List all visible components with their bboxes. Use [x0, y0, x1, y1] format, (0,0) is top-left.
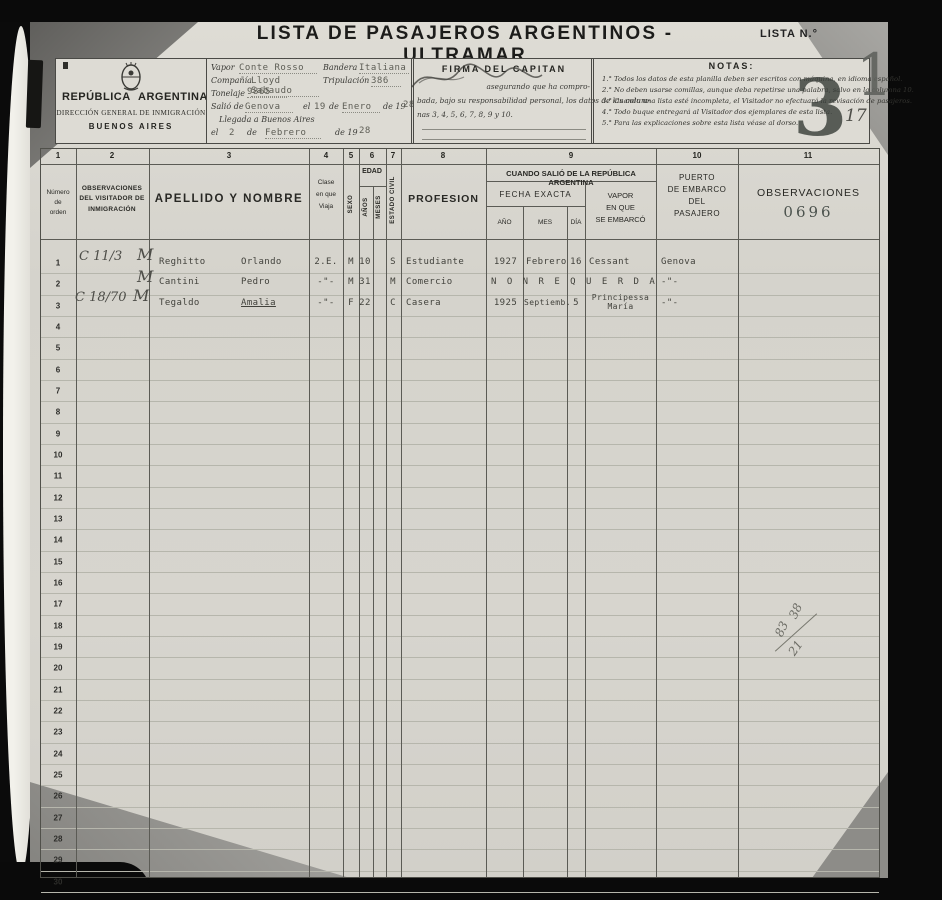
llegada-dia-value: 2	[229, 128, 235, 138]
tonelaje-value: 9865	[247, 87, 287, 98]
column-number-2: 2	[97, 151, 127, 160]
table-row: 29	[41, 850, 879, 871]
header-estado-civil: ESTADO CIVIL	[390, 170, 396, 230]
table-grid-line	[41, 239, 879, 240]
header-vapor-1: VAPOR	[585, 191, 656, 200]
llegada-de-label: de	[247, 128, 257, 137]
estado-civil-value: S	[383, 257, 403, 267]
row-number: 3	[41, 301, 75, 310]
nombre-value: Amalia	[241, 298, 276, 308]
row-number: 6	[41, 365, 75, 374]
row-number: 8	[41, 408, 75, 417]
apellido-value: Cantini	[159, 277, 200, 287]
table-grid-line	[486, 206, 585, 207]
table-grid-line	[76, 149, 77, 877]
header-puerto-3: DEL	[656, 197, 738, 206]
visitor-initial: M	[133, 286, 149, 305]
profesion-value: Casera	[406, 298, 441, 308]
puerto-value: Genova	[661, 257, 696, 267]
salida-mes-value: Enero	[342, 102, 380, 113]
visitor-mark: C 11/3	[79, 249, 122, 264]
visitor-mark: C 18/70	[75, 290, 127, 305]
row-number: 12	[41, 493, 75, 502]
salida-anio-value: 1925	[488, 298, 523, 308]
row-number: 13	[41, 515, 75, 524]
header-clase-1: Clase	[296, 179, 356, 186]
table-row: 10	[41, 445, 879, 466]
visitor-initial: M	[137, 245, 153, 264]
salida-el-label: el	[303, 102, 310, 111]
salio-label: Salió de	[211, 102, 244, 111]
row-number: 1	[41, 259, 75, 268]
header-apellido-nombre: APELLIDO Y NOMBRE	[149, 193, 309, 205]
salida-mes-value: Septiemb.	[524, 298, 571, 307]
row-number: 11	[41, 472, 75, 481]
nombre-value: Orlando	[241, 257, 282, 267]
llegada-mes-value: Febrero	[265, 128, 321, 139]
table-row: 7	[41, 381, 879, 402]
table-row: 16	[41, 573, 879, 594]
header-sexo: SEXO	[348, 184, 354, 224]
table-row: 11	[41, 466, 879, 487]
row-number: 21	[41, 685, 75, 694]
table-row: 23	[41, 722, 879, 743]
salida-anio-value: 1927	[488, 257, 523, 267]
row-number: 10	[41, 451, 75, 460]
coat-of-arms-icon	[114, 61, 148, 91]
vapor-value: Conte Rosso	[239, 63, 317, 74]
header-puerto-2: DE EMBARCO	[656, 185, 738, 194]
row-number: 30	[41, 877, 75, 886]
profesion-value: Estudiante	[406, 257, 464, 267]
agency-section: REPÚBLICA ARGENTINA DIRECCIÓN GENERAL DE…	[56, 59, 206, 143]
header-puerto-1: PUERTO	[656, 173, 738, 182]
header-profesion: PROFESION	[401, 193, 486, 205]
header-clase-2: en que	[296, 191, 356, 198]
page-number-stamp: 3	[793, 70, 847, 148]
row-number: 15	[41, 557, 75, 566]
scanned-passenger-list-photo: LISTA DE PASAJEROS ARGENTINOS - ULTRAMAR…	[0, 0, 942, 900]
table-row: 25	[41, 765, 879, 786]
agency-ciudad: BUENOS AIRES	[56, 122, 206, 131]
bandera-label: Bandera	[323, 63, 357, 72]
table-row: 22	[41, 701, 879, 722]
column-number-11: 11	[793, 151, 823, 160]
row-number: 19	[41, 643, 75, 652]
puerto-value: -"-	[661, 298, 678, 308]
table-row: 13	[41, 509, 879, 530]
clase-value: -"-	[306, 298, 346, 308]
header-puerto-4: PASAJERO	[656, 209, 738, 218]
corner-stamp-1: 1	[856, 46, 893, 104]
row-number: 22	[41, 707, 75, 716]
table-row: 18	[41, 616, 879, 637]
firma-text-1: asegurando que ha compro-	[474, 82, 590, 91]
table-row: 19	[41, 637, 879, 658]
header-observaciones-1: OBSERVACIONES	[52, 185, 172, 192]
row-number: 23	[41, 728, 75, 737]
row-number: 18	[41, 621, 75, 630]
table-grid-line	[41, 164, 879, 165]
agency-republica: REPÚBLICA	[62, 91, 131, 103]
anios-value: 31	[355, 277, 375, 287]
header-anio: AÑO	[486, 219, 523, 226]
tonelaje-label: Tonelaje	[211, 89, 245, 98]
table-row: 21	[41, 680, 879, 701]
clase-value: -"-	[306, 277, 346, 287]
table-row: 8	[41, 402, 879, 423]
salida-dia-value: 5	[567, 298, 585, 308]
anios-value: 10	[355, 257, 375, 267]
header-mes: MES	[523, 219, 567, 226]
table-row: 15	[41, 552, 879, 573]
captain-signature-section: FIRMA DEL CAPITAN asegurando que ha comp…	[411, 59, 594, 143]
table-row: 20	[41, 658, 879, 679]
header-band: REPÚBLICA ARGENTINA DIRECCIÓN GENERAL DE…	[55, 58, 870, 144]
binding-ink-mark	[26, 60, 43, 128]
header-dia: DÍA	[567, 219, 585, 226]
table-row: 4	[41, 317, 879, 338]
agency-argentina: ARGENTINA	[138, 91, 208, 103]
header-clase-3: Viaja	[296, 203, 356, 210]
table-grid-line	[656, 149, 657, 877]
passenger-table: 1234567891011121314151617181920212223242…	[40, 148, 880, 878]
estado-civil-value: C	[383, 298, 403, 308]
llegada-de19-label: de 19	[335, 128, 358, 137]
nota-5: 5.° Para las explicaciones sobre esta li…	[602, 119, 798, 127]
header-vapor-2: EN QUE	[585, 203, 656, 212]
llegada-anio-value: 28	[359, 126, 371, 136]
photo-border-top	[0, 0, 942, 22]
header-observaciones-3: INMIGRACIÓN	[52, 206, 172, 213]
salida-dia-value: 16	[567, 257, 585, 267]
row-number: 9	[41, 429, 75, 438]
header-meses: MESES	[376, 187, 382, 227]
table-row: 6	[41, 360, 879, 381]
salida-span-value: N O N R E Q U E R D A	[491, 277, 657, 287]
form-serial-stamp: 0696	[738, 203, 879, 221]
table-row: 17	[41, 594, 879, 615]
apellido-value: Reghitto	[159, 257, 206, 267]
vapor-value: Cessant	[589, 257, 630, 267]
header-anios: AÑOS	[363, 187, 369, 227]
row-number: 25	[41, 771, 75, 780]
column-number-10: 10	[682, 151, 712, 160]
compania-label: Compañía	[211, 76, 252, 85]
photo-border-right	[888, 0, 942, 900]
row-number: 28	[41, 835, 75, 844]
header-observaciones: OBSERVACIONES	[738, 187, 879, 199]
table-row: 28	[41, 829, 879, 850]
header-fecha-exacta: FECHA EXACTA	[486, 190, 585, 199]
lista-number-label: LISTA N.°	[760, 28, 818, 40]
header-cuando-salio: CUANDO SALIÓ DE LA REPÚBLICA ARGENTINA	[486, 169, 656, 187]
firma-text-3: nas 3, 4, 5, 6, 7, 8, 9 y 10.	[417, 110, 587, 119]
row-number: 14	[41, 536, 75, 545]
row-number: 26	[41, 792, 75, 801]
table-row: 24	[41, 744, 879, 765]
table-grid-line	[486, 149, 487, 877]
signature-rule-2	[422, 139, 586, 140]
vapor-value-line1: Principessa	[585, 293, 656, 302]
row-number: 29	[41, 856, 75, 865]
column-number-9: 9	[556, 151, 586, 160]
table-row: 27	[41, 808, 879, 829]
table-row: 12	[41, 488, 879, 509]
bandera-value: Italiana	[359, 63, 409, 74]
page-number-handwritten: 17	[845, 106, 867, 126]
row-number: 16	[41, 579, 75, 588]
table-rows: 1234567891011121314151617181920212223242…	[41, 253, 879, 893]
table-row: 5	[41, 338, 879, 359]
column-number-8: 8	[428, 151, 458, 160]
firma-text-2: bada, bajo su responsabilidad personal, …	[417, 96, 592, 105]
signature-rule-1	[422, 129, 586, 130]
row-number: 7	[41, 387, 75, 396]
table-grid-line	[738, 149, 739, 877]
apellido-value: Tegaldo	[159, 298, 200, 308]
tripulacion-label: Tripulación	[323, 76, 369, 85]
row-number: 17	[41, 600, 75, 609]
column-number-3: 3	[214, 151, 244, 160]
puerto-value: -"-	[661, 277, 678, 287]
row-number: 27	[41, 813, 75, 822]
clase-value: 2.E.	[306, 257, 346, 267]
vapor-label: Vapor	[211, 63, 235, 72]
estado-civil-value: M	[383, 277, 403, 287]
anios-value: 22	[355, 298, 375, 308]
table-row: 9	[41, 424, 879, 445]
header-vapor-3: SE EMBARCÓ	[585, 215, 656, 224]
salida-mes-value: Febrero	[526, 257, 567, 267]
salida-dia-value: 19	[314, 102, 326, 112]
table-row: 26	[41, 786, 879, 807]
salio-puerto-value: Genova	[245, 102, 293, 113]
captain-signature-icon	[404, 59, 554, 97]
profesion-value: Comercio	[406, 277, 453, 287]
table-grid-line	[373, 186, 374, 877]
row-number: 4	[41, 323, 75, 332]
row-number: 2	[41, 280, 75, 289]
column-number-1: 1	[43, 151, 73, 160]
ship-info-section: Vapor Conte Rosso Bandera Italiana Compa…	[206, 59, 412, 143]
salida-de-label: de	[329, 102, 339, 111]
ink-blot	[63, 62, 68, 69]
row-number: 20	[41, 664, 75, 673]
llegada-label: Llegada a Buenos Aires	[219, 115, 315, 124]
column-number-7: 7	[378, 151, 408, 160]
vapor-value-line2: María	[585, 302, 656, 311]
row-number: 5	[41, 344, 75, 353]
tripulacion-value: 386	[371, 76, 401, 87]
agency-direccion: DIRECCIÓN GENERAL DE INMIGRACIÓN	[56, 109, 206, 117]
table-row: 30	[41, 872, 879, 893]
visitor-initial: M	[137, 267, 153, 286]
row-number: 24	[41, 749, 75, 758]
table-row: 14	[41, 530, 879, 551]
nombre-value: Pedro	[241, 277, 270, 287]
llegada-el-label: el	[211, 128, 218, 137]
